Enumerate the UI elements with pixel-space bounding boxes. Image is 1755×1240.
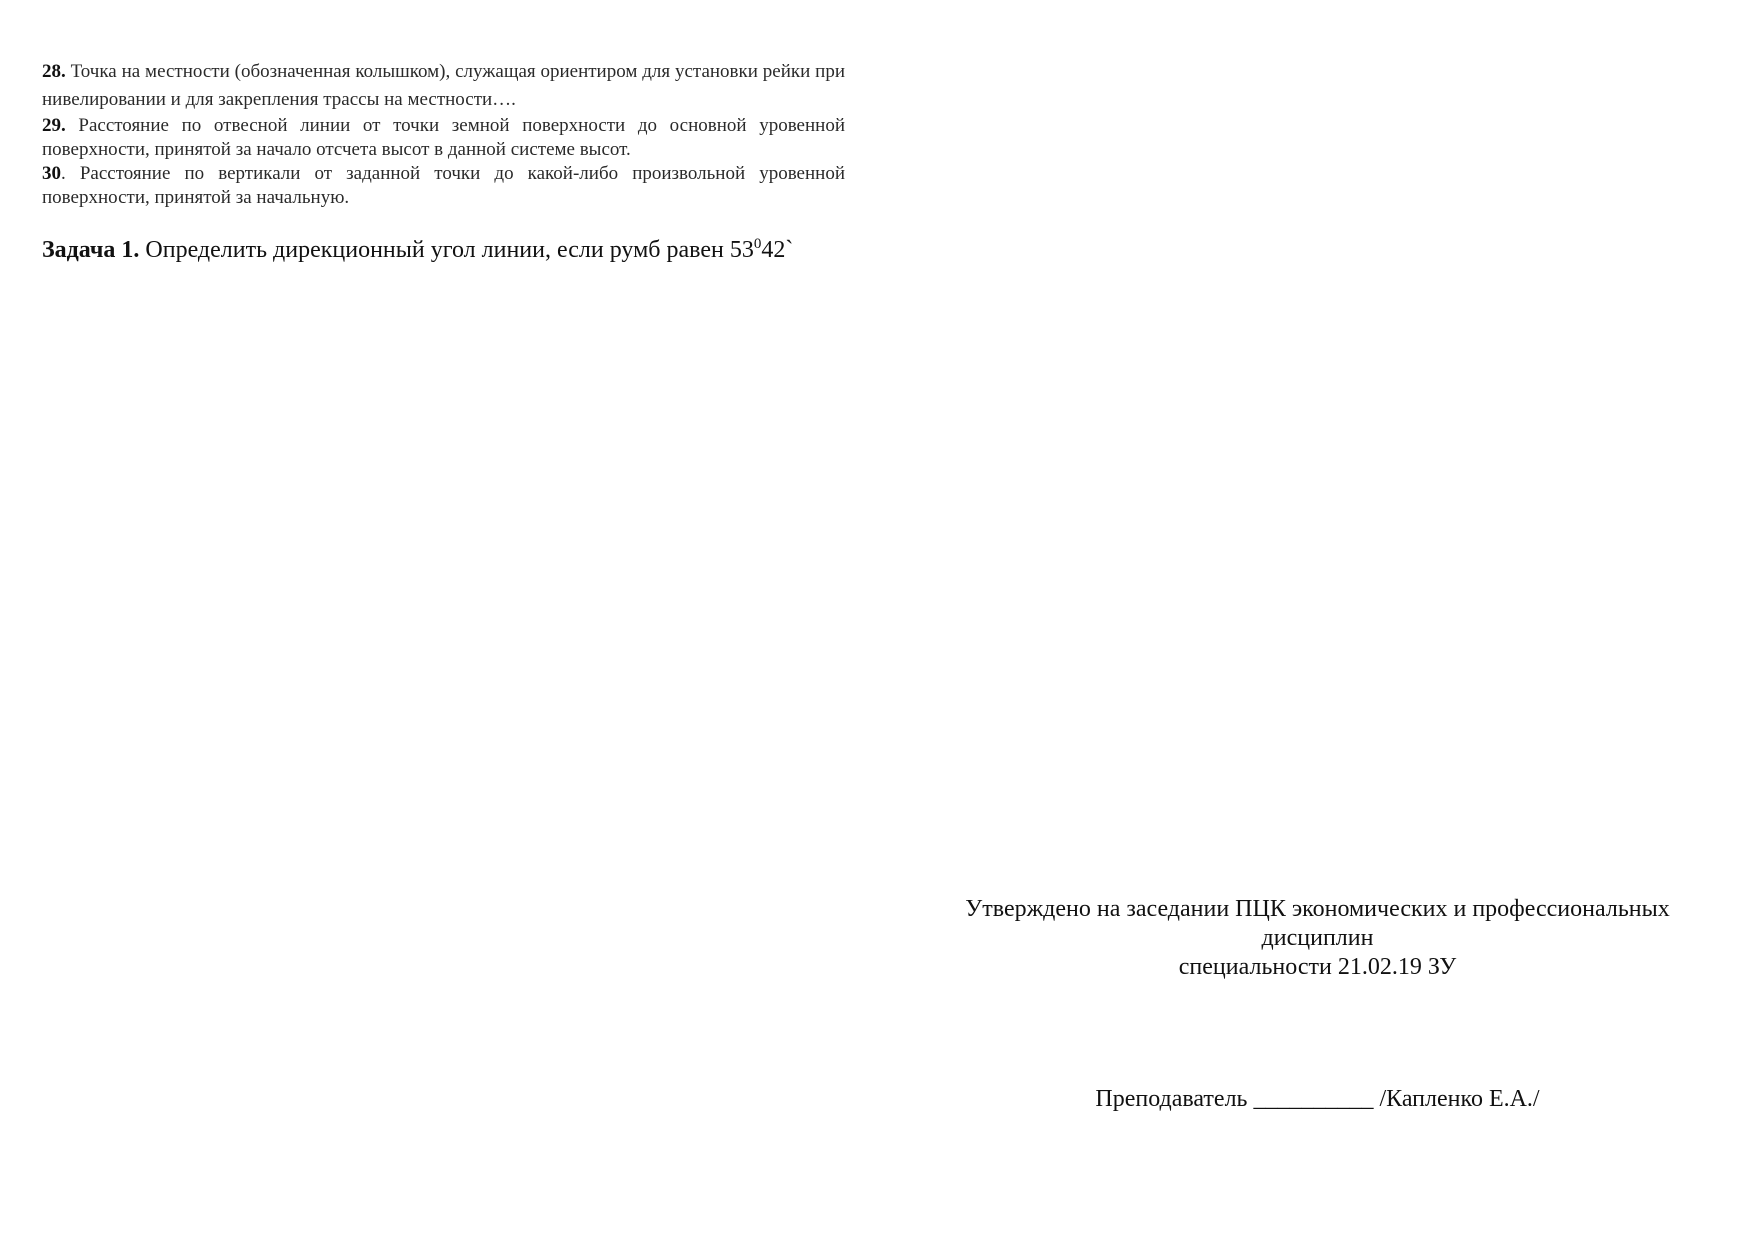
question-text: Точка на местности (обозначенная колышко… bbox=[42, 61, 845, 110]
task-1: Задача 1. Определить дирекционный угол л… bbox=[42, 234, 862, 266]
task-text: Определить дирекционный угол линии, если… bbox=[139, 237, 753, 263]
signature-blank: __________ bbox=[1253, 1086, 1373, 1112]
question-text: Расстояние по отвесной линии от точки зе… bbox=[42, 115, 845, 160]
question-28: 28. Точка на местности (обозначенная кол… bbox=[42, 58, 845, 114]
signature-role: Преподаватель bbox=[1095, 1086, 1247, 1112]
task-label: Задача 1. bbox=[42, 237, 139, 263]
approval-line-1: Утверждено на заседании ПЦК экономически… bbox=[935, 895, 1700, 924]
question-number: 30 bbox=[42, 163, 61, 184]
task-minutes: 42` bbox=[761, 237, 793, 263]
question-30: 30. Расстояние по вертикали от заданной … bbox=[42, 162, 845, 210]
approval-block: Утверждено на заседании ПЦК экономически… bbox=[935, 895, 1700, 982]
approval-line-2: дисциплин bbox=[935, 924, 1700, 953]
question-number: 28. bbox=[42, 61, 66, 82]
questions-list: 28. Точка на местности (обозначенная кол… bbox=[42, 58, 845, 210]
signature-name: /Капленко Е.А./ bbox=[1379, 1086, 1539, 1112]
approval-line-3: специальности 21.02.19 ЗУ bbox=[935, 953, 1700, 982]
question-text: . Расстояние по вертикали от заданной то… bbox=[42, 163, 845, 208]
signature-line: Преподаватель __________ /Капленко Е.А./ bbox=[935, 1084, 1700, 1114]
question-number: 29. bbox=[42, 115, 66, 136]
question-29: 29. Расстояние по отвесной линии от точк… bbox=[42, 114, 845, 162]
